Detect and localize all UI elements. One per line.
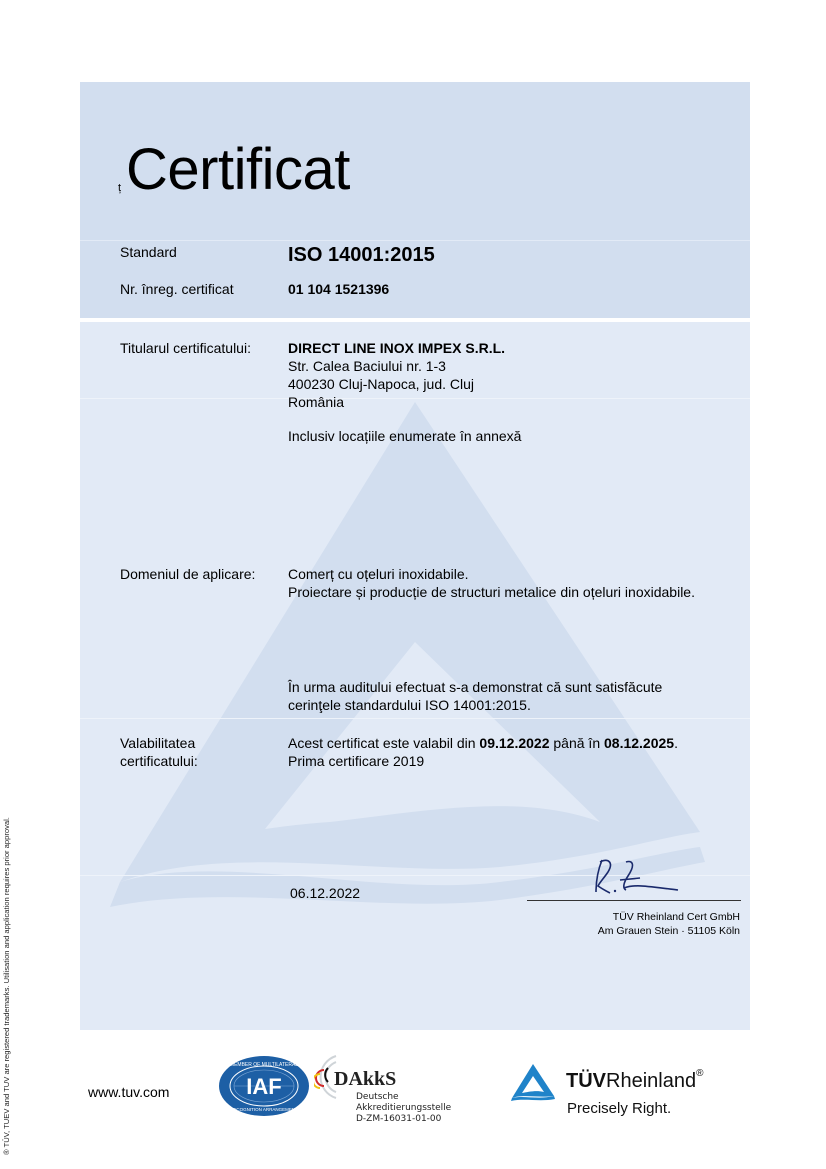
page-title: Certificat: [126, 136, 350, 203]
svg-text:RECOGNITION ARRANGEMENT: RECOGNITION ARRANGEMENT: [230, 1107, 298, 1112]
tuv-brand-name: TÜVRheinland®: [566, 1070, 703, 1093]
reg-number-label: Nr. înreg. certificat: [120, 280, 234, 298]
body-divider: [80, 718, 750, 719]
validity-text: Acest certificat este valabil din 09.12.…: [288, 734, 678, 752]
website-link[interactable]: www.tuv.com: [88, 1084, 169, 1100]
header-divider: [80, 240, 750, 241]
dakks-name: DAkkS: [334, 1068, 396, 1091]
tuv-triangle-logo: [510, 1062, 556, 1102]
valid-to-date: 08.12.2025: [604, 735, 674, 751]
trademark-note: ® TÜV, TUEV and TUV are registered trade…: [2, 817, 11, 1155]
body-divider: [80, 398, 750, 399]
first-certification: Prima certificare 2019: [288, 752, 424, 770]
scope-line: Proiectare și producție de structuri met…: [288, 583, 695, 601]
holder-address-line: Str. Calea Baciului nr. 1-3: [288, 357, 446, 375]
standard-label: Standard: [120, 243, 177, 261]
valid-from-date: 09.12.2022: [479, 735, 549, 751]
signature: [590, 856, 690, 898]
holder-label: Titularul certificatului:: [120, 339, 251, 357]
iaf-logo: IAF MEMBER OF MULTILATERAL RECOGNITION A…: [218, 1055, 310, 1117]
svg-text:MEMBER OF MULTILATERAL: MEMBER OF MULTILATERAL: [230, 1062, 298, 1068]
validity-label: certificatului:: [120, 752, 198, 770]
holder-address-line: 400230 Cluj-Napoca, jud. Cluj: [288, 375, 474, 393]
holder-note: Inclusiv locațiile enumerate în annexă: [288, 427, 521, 445]
validity-label: Valabilitatea: [120, 734, 195, 752]
standard-value: ISO 14001:2015: [288, 243, 435, 267]
issuer-address: Am Grauen Stein · 51105 Köln: [598, 925, 740, 937]
scope-label: Domeniul de aplicare:: [120, 565, 255, 583]
dakks-line: Akkreditierungsstelle: [356, 1103, 451, 1113]
holder-address-line: România: [288, 393, 344, 411]
title-prefix: ț: [118, 182, 121, 194]
issuer-name: TÜV Rheinland Cert GmbH: [613, 911, 740, 923]
audit-statement-line: În urma auditului efectuat s-a demonstra…: [288, 678, 662, 696]
holder-company: DIRECT LINE INOX IMPEX S.R.L.: [288, 339, 505, 357]
signature-line: [527, 900, 741, 901]
svg-text:IAF: IAF: [246, 1074, 281, 1099]
dakks-line: Deutsche: [356, 1092, 399, 1102]
dakks-line: D-ZM-16031-01-00: [356, 1114, 441, 1124]
audit-statement-line: cerinţele standardului ISO 14001:2015.: [288, 696, 531, 714]
scope-line: Comerț cu oțeluri inoxidabile.: [288, 565, 469, 583]
issue-date: 06.12.2022: [290, 884, 360, 902]
reg-number-value: 01 104 1521396: [288, 280, 389, 298]
tuv-slogan: Precisely Right.: [567, 1100, 671, 1117]
